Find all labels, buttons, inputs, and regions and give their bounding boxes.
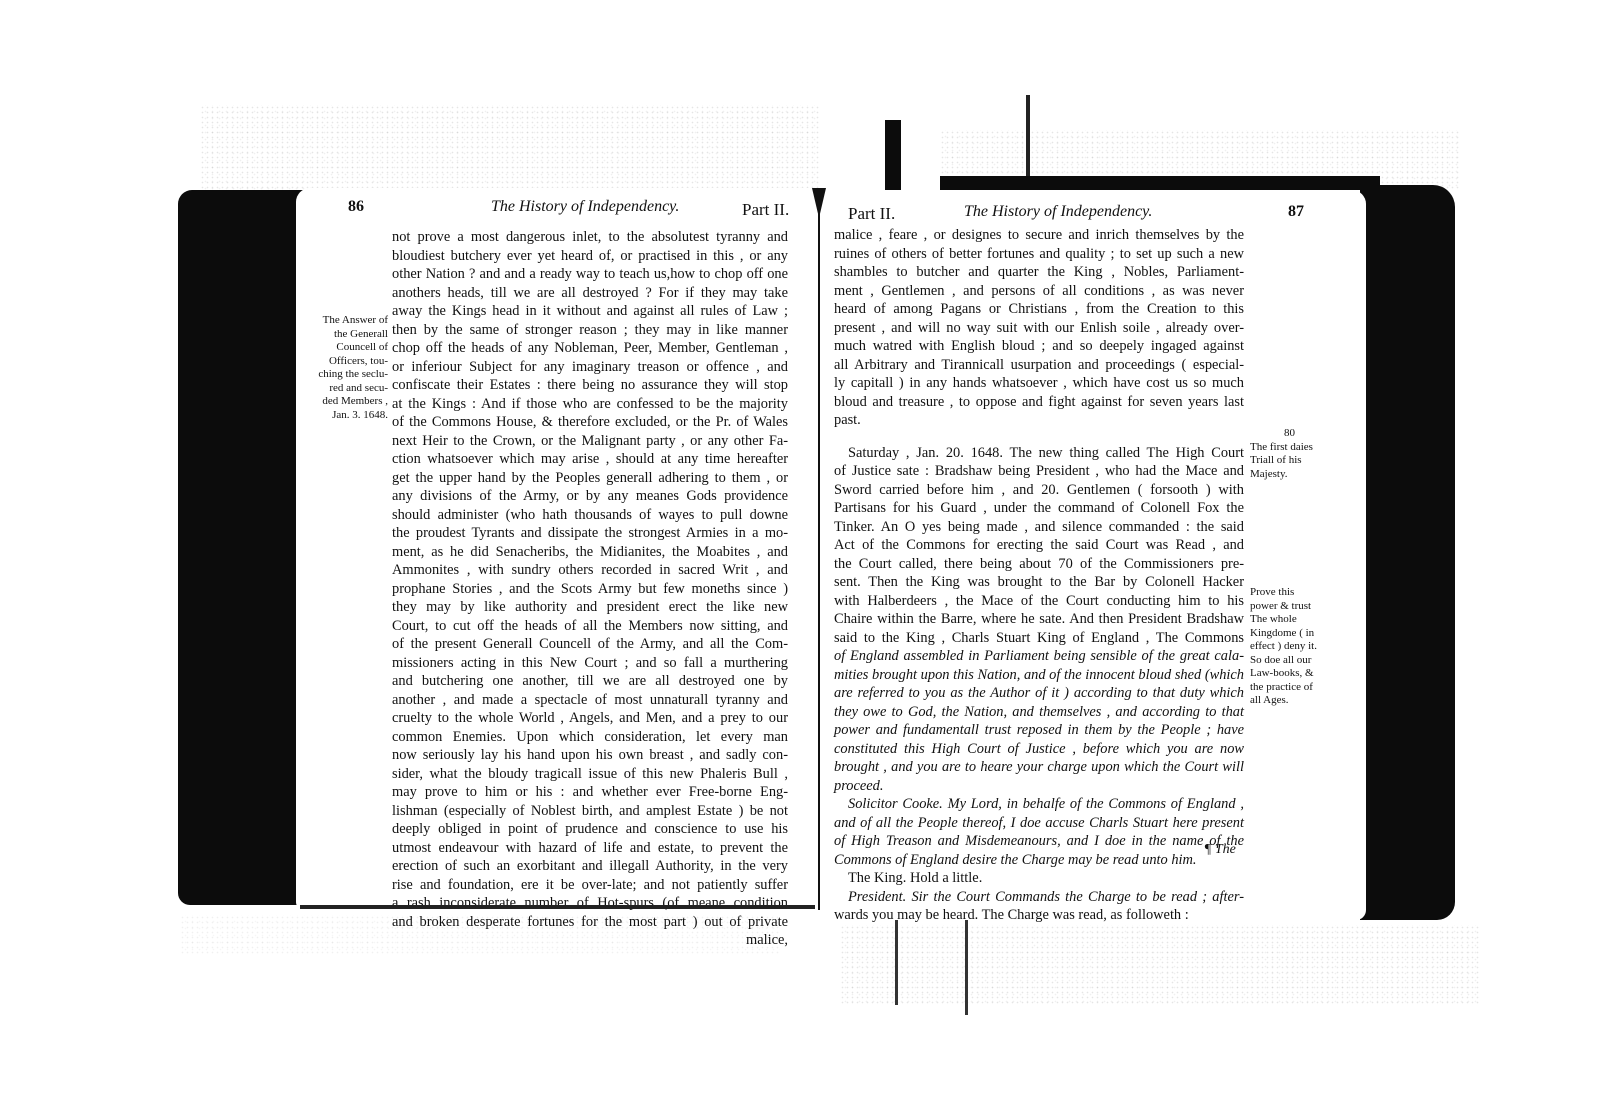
page-bottom-edge	[300, 905, 815, 909]
margin-note-prove-this: Prove this power & trust The whole Kingd…	[1250, 586, 1317, 708]
running-head: The History of Independency.	[964, 203, 1152, 221]
catchword: ¶ The	[1204, 842, 1236, 858]
book-cover-top-edge	[940, 176, 1380, 190]
spine-shadow	[895, 915, 898, 1005]
right-page: Part II. The History of Independency. 87…	[826, 190, 1366, 920]
book-gutter	[818, 190, 820, 910]
margin-note: The Answer of the Generall Councell of O…	[296, 314, 388, 422]
book-cover-right	[1360, 185, 1455, 920]
running-head: The History of Independency.	[491, 198, 679, 216]
margin-note-first-trial: 80 The first daies Triall of his Majesty…	[1250, 427, 1313, 481]
paragraph-3: Solicitor Cooke. My Lord, in behalfe of …	[834, 795, 1244, 869]
paragraph-2: Saturday , Jan. 20. 1648. The new thing …	[834, 444, 1244, 796]
left-page: 86 The History of Independency. Part II.…	[296, 188, 816, 910]
page-number: 86	[348, 198, 364, 216]
spine-shadow	[965, 915, 968, 1015]
paragraph-5: President. Sir the Court Commands the Ch…	[834, 888, 1244, 925]
body-text: malice , feare , or designes to secure a…	[834, 226, 1244, 925]
book-cover-left	[178, 190, 308, 905]
paragraph-4: The King. Hold a little.	[834, 869, 1244, 888]
page-number: 87	[1288, 203, 1304, 221]
body-text: not prove a most dangerous inlet, to the…	[392, 228, 788, 950]
part-label: Part II.	[742, 200, 789, 220]
gutter-shadow	[812, 188, 826, 218]
part-label: Part II.	[848, 204, 895, 224]
catchword: malice,	[392, 931, 788, 950]
paragraph-1: malice , feare , or designes to secure a…	[834, 226, 1244, 430]
